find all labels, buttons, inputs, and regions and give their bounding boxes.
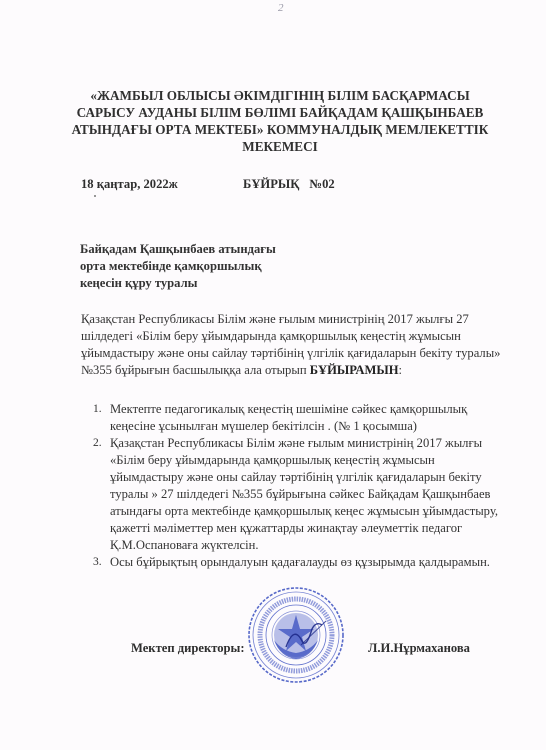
subject-line: Байқадам Қашқынбаев атындағы xyxy=(80,241,276,258)
item-number: 3. xyxy=(93,554,102,571)
org-header-line: САРЫСУ АУДАНЫ БІЛІМ БӨЛІМІ БАЙҚАДАМ ҚАШҚ… xyxy=(60,104,500,121)
item-line: Осы бұйрықтың орындалуын қадағалауды өз … xyxy=(110,554,515,571)
list-item: 2. Қазақстан Республикасы Білім және ғыл… xyxy=(95,435,515,554)
item-line: Қазақстан Республикасы Білім және ғылым … xyxy=(110,435,515,452)
official-stamp-icon xyxy=(246,585,346,685)
item-line: Мектепте педагогикалық кеңестің шешіміне… xyxy=(110,401,515,418)
speck-mark xyxy=(94,195,96,197)
order-subject: Байқадам Қашқынбаев атындағы орта мектеб… xyxy=(80,241,276,292)
preamble-line: ұйымдастыру және оны сайлау тәртібінің ү… xyxy=(81,345,511,362)
item-line: Қ.М.Оспановаға жүктелсін. xyxy=(110,537,515,554)
org-header-line: «ЖАМБЫЛ ОБЛЫСЫ ӘКІМДІГІНІҢ БІЛІМ БАСҚАРМ… xyxy=(60,87,500,104)
org-header-line: АТЫНДАҒЫ ОРТА МЕКТЕБІ» КОММУНАЛДЫҚ МЕМЛЕ… xyxy=(60,121,500,138)
page-number: 2 xyxy=(278,2,284,14)
decree-word: БҰЙЫРАМЫН xyxy=(310,363,399,377)
item-line: ұйымдастыру және оны сайлау тәртібінің ү… xyxy=(110,469,515,486)
director-name: Л.И.Нұрмаханова xyxy=(368,641,470,656)
preamble-text: №355 бұйрығын басшылыққа ала отырып xyxy=(81,363,310,377)
preamble-line: №355 бұйрығын басшылыққа ала отырып БҰЙЫ… xyxy=(81,362,511,379)
item-line: «Білім беру ұйымдарында қамқоршылық кеңе… xyxy=(110,452,515,469)
preamble-line: шілдедегі «Білім беру ұйымдарында қамқор… xyxy=(81,328,511,345)
list-item: 3. Осы бұйрықтың орындалуын қадағалауды … xyxy=(95,554,515,571)
order-items-list: 1. Мектепте педагогикалық кеңестің шешім… xyxy=(95,401,515,571)
item-number: 1. xyxy=(93,401,102,418)
order-date: 18 қаңтар, 2022ж xyxy=(81,177,178,192)
decree-suffix: : xyxy=(399,363,403,377)
organization-header: «ЖАМБЫЛ ОБЛЫСЫ ӘКІМДІГІНІҢ БІЛІМ БАСҚАРМ… xyxy=(60,87,500,155)
preamble-line: Қазақстан Республикасы Білім және ғылым … xyxy=(81,311,511,328)
order-heading: БҰЙРЫҚ№02 xyxy=(243,177,335,192)
item-line: атындағы орта мектебінде қамқоршылық кең… xyxy=(110,503,515,520)
director-label: Мектеп директоры: xyxy=(131,641,245,656)
org-header-line: МЕКЕМЕСІ xyxy=(60,138,500,155)
list-item: 1. Мектепте педагогикалық кеңестің шешім… xyxy=(95,401,515,435)
item-line: кеңесіне ұсынылған мүшелер бекітілсін . … xyxy=(110,418,515,435)
signature-block: Мектеп директоры: Л.И.Нұрмаханова xyxy=(0,585,546,695)
subject-line: кеңесін құру туралы xyxy=(80,275,276,292)
item-line: туралы » 27 шілдедегі №355 бұйрығына сәй… xyxy=(110,486,515,503)
preamble-paragraph: Қазақстан Республикасы Білім және ғылым … xyxy=(81,311,511,379)
order-title: БҰЙРЫҚ xyxy=(243,177,299,191)
item-line: қажетті мәліметтер мен құжаттарды жинақт… xyxy=(110,520,515,537)
subject-line: орта мектебінде қамқоршылық xyxy=(80,258,276,275)
item-number: 2. xyxy=(93,435,102,452)
order-number: №02 xyxy=(309,177,334,191)
